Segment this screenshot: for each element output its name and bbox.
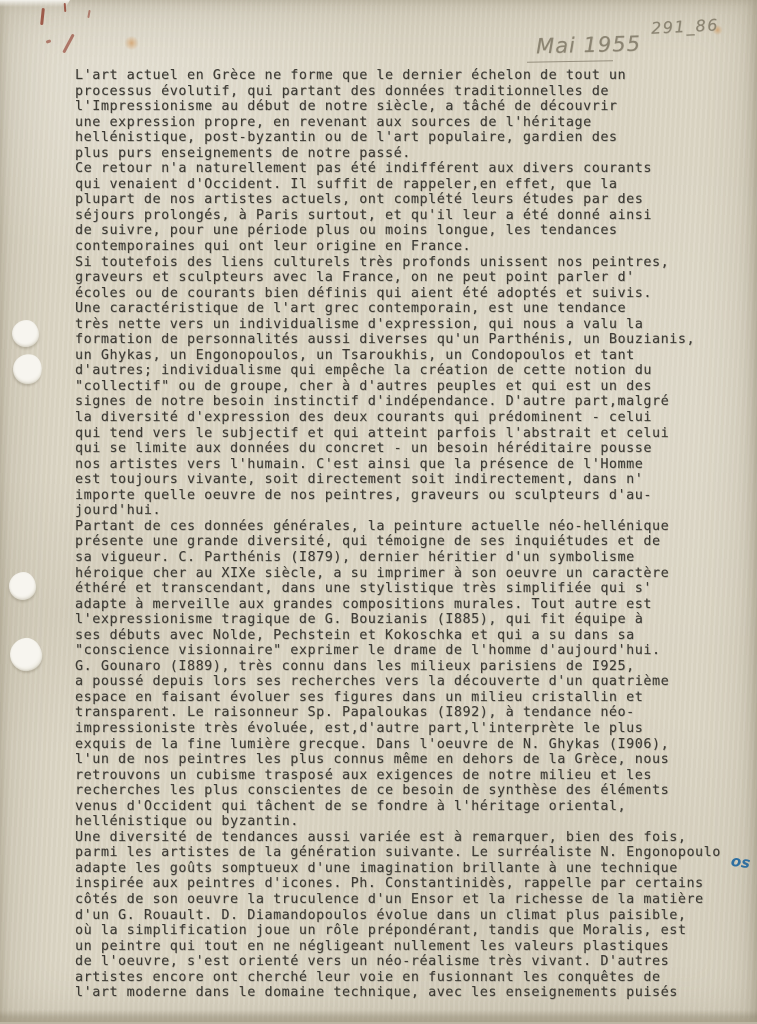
typewritten-text: L'art actuel en Grèce ne forme que le de… [75, 68, 751, 1001]
handwritten-date: Mai 1955 [536, 32, 642, 59]
scan-edge-shadow [0, 1010, 757, 1024]
ink-smudge [46, 39, 52, 44]
punch-hole [10, 351, 46, 387]
handwritten-correction: os [730, 852, 752, 873]
document-page: 291_86 Mai 1955 L'art actuel en Grèce ne… [0, 0, 757, 1024]
punch-hole [12, 320, 39, 347]
punch-hole [8, 636, 44, 673]
scan-edge-highlight [0, 0, 70, 7]
paper-stain [124, 36, 139, 50]
ink-smudge [40, 8, 44, 25]
date-underline [527, 60, 613, 63]
reference-number: 291_86 [651, 15, 720, 38]
ink-smudge [62, 34, 75, 54]
ink-smudge [87, 10, 90, 18]
punch-hole [9, 572, 36, 600]
